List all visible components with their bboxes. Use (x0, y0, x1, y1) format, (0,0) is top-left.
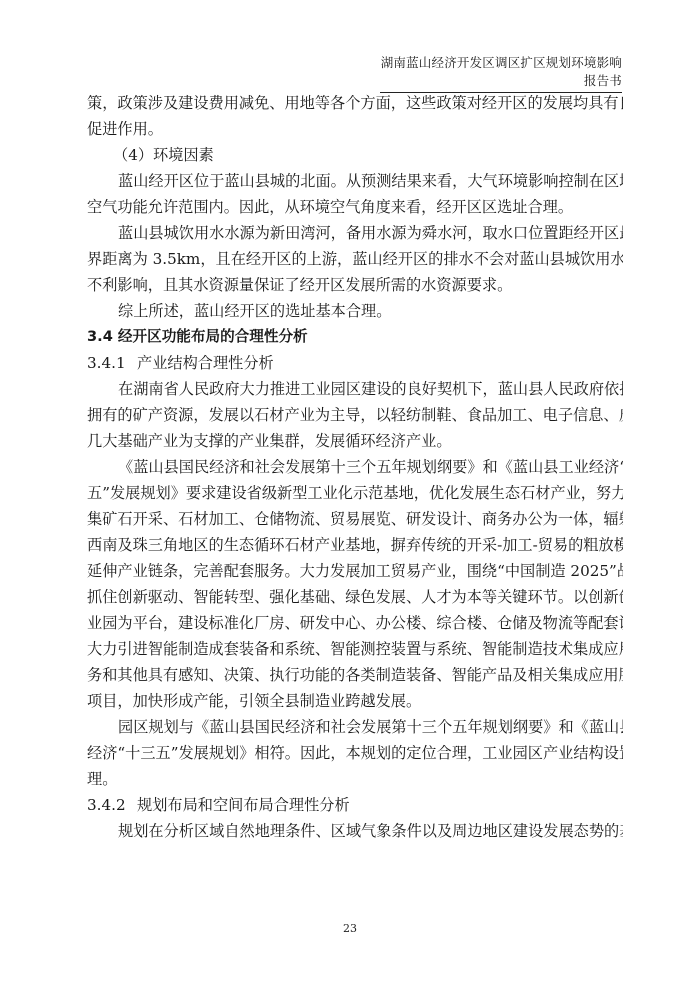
body-line: 《蓝山县国民经济和社会发展第十三个五年规划纲要》和《蓝山县工业经济“十三 (87, 454, 623, 480)
body-line: 务和其他具有感知、决策、执行功能的各类制造装备、智能产品及相关集成应用服务类 (87, 662, 623, 688)
page-number: 23 (0, 922, 700, 935)
body-line: 业园为平台，建设标准化厂房、研发中心、办公楼、综合楼、仓储及物流等配套设施， (87, 610, 623, 636)
body-line: 集矿石开采、石材加工、仓储物流、贸易展览、研发设计、商务办公为一体，辐射华南、 (87, 506, 623, 532)
body-line: 西南及珠三角地区的生态循环石材产业基地，摒弃传统的开采-加工-贸易的粗放模式， (87, 532, 623, 558)
body-line: 大力引进智能制造成套装备和系统、智能测控装置与系统、智能制造技术集成应用与服 (87, 636, 623, 662)
section-title: 规划布局和空间布局合理性分析 (137, 796, 350, 814)
document-title: 湖南蓝山经济开发区调区扩区规划环境影响报告书 (381, 55, 622, 88)
body-line: 策，政策涉及建设费用减免、用地等各个方面，这些政策对经开区的发展均具有良好的 (87, 90, 623, 116)
body-line: 空气功能允许范围内。因此，从环境空气角度来看，经开区区选址合理。 (87, 194, 623, 220)
body-line: 经济“十三五”发展规划》相符。因此，本规划的定位合理，工业园区产业结构设置合 (87, 740, 623, 766)
body-line: 界距离为 3.5km，且在经开区的上游，蓝山经开区的排水不会对蓝山县城饮用水源产… (87, 246, 623, 272)
subsection-label-environment: （4）环境因素 (87, 142, 623, 168)
body-line: 理。 (87, 766, 623, 792)
body-line: 延伸产业链条，完善配套服务。大力发展加工贸易产业，围绕“中国制造 2025”战略… (87, 558, 623, 584)
body-line: 五”发展规划》要求建设省级新型工业化示范基地，优化发展生态石材产业，努力建成 (87, 480, 623, 506)
body-line: 在湖南省人民政府大力推进工业园区建设的良好契机下，蓝山县人民政府依托自身 (87, 376, 623, 402)
section-number: 3.4.2 (87, 792, 137, 818)
body-line: 拥有的矿产资源，发展以石材产业为主导，以轻纺制鞋、食品加工、电子信息、皮具等 (87, 402, 623, 428)
body-line: 蓝山经开区位于蓝山县城的北面。从预测结果来看，大气环境影响控制在区域环境 (87, 168, 623, 194)
section-heading-3-4: 3.4 经开区功能布局的合理性分析 (87, 324, 623, 350)
running-header: 湖南蓝山经济开发区调区扩区规划环境影响报告书 (380, 54, 622, 93)
body-line: 抓住创新驱动、智能转型、强化基础、绿色发展、人才为本等关键环节。以创新创业产 (87, 584, 623, 610)
section-heading-3-4-1: 3.4.1产业结构合理性分析 (87, 350, 623, 376)
body-line: 不利影响，且其水资源量保证了经开区发展所需的水资源要求。 (87, 272, 623, 298)
body-line: 几大基础产业为支撑的产业集群，发展循环经济产业。 (87, 428, 623, 454)
body-line: 综上所述，蓝山经开区的选址基本合理。 (87, 298, 623, 324)
body-line: 项目，加快形成产能，引领全县制造业跨越发展。 (87, 688, 623, 714)
section-number: 3.4.1 (87, 350, 137, 376)
body-line: 蓝山县城饮用水水源为新田湾河，备用水源为舜水河，取水口位置距经开区最近边 (87, 220, 623, 246)
body-line: 促进作用。 (87, 116, 623, 142)
section-heading-3-4-2: 3.4.2规划布局和空间布局合理性分析 (87, 792, 623, 818)
body-line: 规划在分析区域自然地理条件、区域气象条件以及周边地区建设发展态势的基础 (87, 818, 623, 844)
page-body: 策，政策涉及建设费用减免、用地等各个方面，这些政策对经开区的发展均具有良好的 促… (87, 90, 623, 844)
body-line: 园区规划与《蓝山县国民经济和社会发展第十三个五年规划纲要》和《蓝山县工业 (87, 714, 623, 740)
section-title: 产业结构合理性分析 (137, 354, 274, 372)
